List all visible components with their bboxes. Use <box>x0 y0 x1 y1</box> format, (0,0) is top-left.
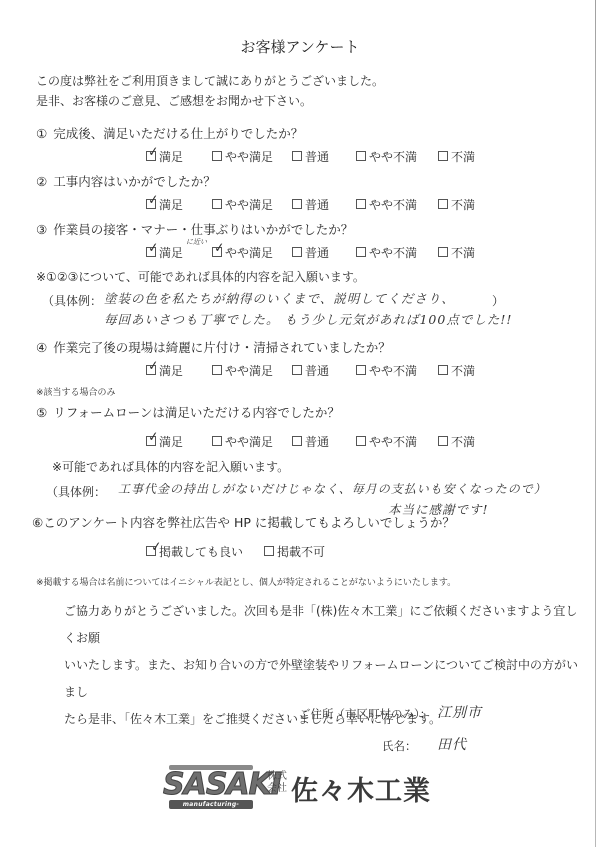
remark-5-prompt: ※可能であれば具体的内容を記入願います。 <box>52 458 289 475</box>
publish-note: ※掲載する場合は名前についてはイニシャル表記とし、個人が特定されることがないよう… <box>36 575 456 588</box>
address-value[interactable]: 江別市 <box>437 702 482 722</box>
logo-company-name: 佐々木工業 <box>291 769 431 808</box>
remark-123-close-paren: ） <box>492 292 504 309</box>
check-mark-icon: ✓ <box>147 192 159 208</box>
logo-corp-type: 株式 会社 <box>267 771 289 795</box>
checkbox-checked[interactable]: ✓ <box>212 247 222 257</box>
checkbox[interactable] <box>292 151 302 161</box>
question-6-text: このアンケート内容を弊社広告や HP に掲載してもよろしいでしょうか？ <box>43 515 455 530</box>
option-label: やや不満 <box>369 246 417 260</box>
q4-option-futsu[interactable]: 普通 <box>292 362 329 379</box>
checkbox[interactable] <box>438 436 448 446</box>
remark-123-prompt: ※①②③について、可能であれば具体的内容を記入願います。 <box>36 268 365 285</box>
option-label: 掲載しても良い <box>159 545 243 559</box>
checkbox[interactable] <box>438 151 448 161</box>
q5-option-yaya-fuman[interactable]: やや不満 <box>356 433 417 450</box>
q5-option-fuman[interactable]: 不満 <box>438 433 475 450</box>
remark-123-label: （具体例： <box>42 292 102 309</box>
checkbox[interactable] <box>356 247 366 257</box>
remark-5-label: （具体例： <box>46 483 106 500</box>
checkbox[interactable] <box>212 365 222 375</box>
option-label: やや満足 <box>225 198 273 212</box>
checkbox[interactable] <box>356 436 366 446</box>
option-label: やや不満 <box>369 435 417 449</box>
question-1-text: 完成後、満足いただける仕上がりでしたか？ <box>53 126 303 141</box>
check-mark-icon: ✓ <box>147 429 159 445</box>
option-label: やや不満 <box>369 364 417 378</box>
option-label: やや満足 <box>225 246 273 260</box>
option-label: 不満 <box>451 198 475 212</box>
intro-line-2: 是非、お客様のご意見、ご感想をお聞かせ下さい。 <box>36 92 312 109</box>
q3-option-manzoku[interactable]: ✓満足 <box>146 244 183 261</box>
option-label: 満足 <box>159 364 183 378</box>
corp-type-line-2: 会社 <box>267 783 289 795</box>
q2-option-yaya-manzoku[interactable]: やや満足 <box>212 196 273 213</box>
question-3-text: 作業員の接客・マナー・仕事ぶりはいかがでしたか？ <box>53 222 353 237</box>
question-4-text: 作業完了後の現場は綺麗に片付け・清掃されていましたか？ <box>53 340 391 355</box>
q1-option-yaya-fuman[interactable]: やや不満 <box>356 148 417 165</box>
remark-123-answer-line-2[interactable]: 毎回あいさつも丁寧でした。 もう少し元気があれば100点でした!! <box>104 310 512 328</box>
question-3-number: ③ <box>36 222 47 237</box>
q3-option-fuman[interactable]: 不満 <box>438 244 475 261</box>
q2-option-manzoku[interactable]: ✓満足 <box>146 196 183 213</box>
question-5-text: リフォームローンは満足いただける内容でしたか？ <box>53 405 340 420</box>
name-label: 氏名： <box>382 738 417 754</box>
q1-option-futsu[interactable]: 普通 <box>292 148 329 165</box>
q2-option-fuman[interactable]: 不満 <box>438 196 475 213</box>
question-1-number: ① <box>36 126 47 141</box>
option-label: 普通 <box>305 435 329 449</box>
option-label: 普通 <box>305 246 329 260</box>
handwritten-annotation: に近い <box>186 237 207 247</box>
checkbox[interactable] <box>356 365 366 375</box>
check-mark-icon: ✓ <box>213 240 225 256</box>
checkbox[interactable] <box>212 199 222 209</box>
question-4: ④作業完了後の現場は綺麗に片付け・清掃されていましたか？ <box>36 338 391 356</box>
q4-option-fuman[interactable]: 不満 <box>438 362 475 379</box>
address-label: ご住所（市区町村のみ）： <box>299 706 431 722</box>
checkbox[interactable] <box>292 247 302 257</box>
name-value[interactable]: 田代 <box>437 734 467 754</box>
checkbox[interactable] <box>292 365 302 375</box>
option-label: 不満 <box>451 150 475 164</box>
check-mark-icon: ✓ <box>147 144 159 160</box>
intro-line-1: この度は弊社をご利用頂きまして誠にありがとうございました。 <box>36 72 384 89</box>
q3-option-yaya-manzoku[interactable]: ✓やや満足 <box>212 244 273 261</box>
applicable-note: ※該当する場合のみ <box>36 385 116 398</box>
question-2: ②工事内容はいかがでしたか？ <box>36 172 216 190</box>
checkbox[interactable] <box>212 151 222 161</box>
option-label: 満足 <box>159 198 183 212</box>
q1-option-yaya-manzoku[interactable]: やや満足 <box>212 148 273 165</box>
option-label: 満足 <box>159 435 183 449</box>
check-mark-icon: ✓ <box>147 240 159 256</box>
option-label: 不満 <box>451 246 475 260</box>
q6-option-publish-ng[interactable]: 掲載不可 <box>264 543 325 560</box>
q5-option-manzoku[interactable]: ✓満足 <box>146 433 183 450</box>
question-2-text: 工事内容はいかがでしたか？ <box>53 174 216 189</box>
checkbox-checked[interactable]: ✓ <box>146 546 156 556</box>
checkbox[interactable] <box>438 199 448 209</box>
option-label: やや不満 <box>369 150 417 164</box>
option-label: 掲載不可 <box>277 545 325 559</box>
option-label: やや満足 <box>225 150 273 164</box>
scan-edge-line <box>595 0 596 847</box>
option-label: 不満 <box>451 364 475 378</box>
checkbox[interactable] <box>438 365 448 375</box>
closing-line-1: ご協力ありがとうございました。次回も是非「(株)佐々木工業」にご依頼くださいます… <box>64 598 584 652</box>
checkbox-checked[interactable]: ✓ <box>146 151 156 161</box>
q5-option-futsu[interactable]: 普通 <box>292 433 329 450</box>
q2-option-futsu[interactable]: 普通 <box>292 196 329 213</box>
question-6: ⑥このアンケート内容を弊社広告や HP に掲載してもよろしいでしょうか？ <box>32 513 455 531</box>
company-logo: SASAKI manufacturing-industry 株式 会社 佐々木工… <box>163 765 443 815</box>
checkbox-checked[interactable]: ✓ <box>146 247 156 257</box>
q4-option-yaya-fuman[interactable]: やや不満 <box>356 362 417 379</box>
remark-123-answer-line-1[interactable]: 塗装の色を私たちが納得のいくまで、説明してくださり、 <box>104 289 455 307</box>
option-label: やや不満 <box>369 198 417 212</box>
question-4-number: ④ <box>36 340 47 355</box>
checkbox[interactable] <box>264 546 274 556</box>
option-label: 普通 <box>305 150 329 164</box>
checkbox[interactable] <box>438 247 448 257</box>
option-label: 不満 <box>451 435 475 449</box>
checkbox[interactable] <box>292 199 302 209</box>
q1-option-fuman[interactable]: 不満 <box>438 148 475 165</box>
q4-option-manzoku[interactable]: ✓満足 <box>146 362 183 379</box>
q2-option-yaya-fuman[interactable]: やや不満 <box>356 196 417 213</box>
checkbox[interactable] <box>292 436 302 446</box>
question-6-number: ⑥ <box>32 515 43 530</box>
checkbox-checked[interactable]: ✓ <box>146 436 156 446</box>
question-5: ⑤リフォームローンは満足いただける内容でしたか？ <box>36 403 340 421</box>
question-2-number: ② <box>36 174 47 189</box>
checkbox[interactable] <box>356 199 366 209</box>
q6-option-publish-ok[interactable]: ✓掲載しても良い <box>146 543 243 560</box>
option-label: 満足 <box>159 150 183 164</box>
check-mark-icon: ✓ <box>147 358 159 374</box>
closing-line-2: いいたします。また、お知り合いの方で外壁塗装やリフォームローンについてご検討中の… <box>64 652 584 706</box>
logo-mark-subtext: manufacturing-industry <box>169 800 253 809</box>
checkbox-checked[interactable]: ✓ <box>146 199 156 209</box>
checkbox[interactable] <box>212 436 222 446</box>
option-label: 満足 <box>159 246 183 260</box>
check-mark-icon: ✓ <box>150 539 162 555</box>
logo-mark-text: SASAKI <box>163 767 281 802</box>
q4-option-yaya-manzoku[interactable]: やや満足 <box>212 362 273 379</box>
corp-type-line-1: 株式 <box>267 771 289 783</box>
sasaki-logo-mark: SASAKI manufacturing-industry <box>163 765 259 811</box>
question-1: ①完成後、満足いただける仕上がりでしたか？ <box>36 124 303 142</box>
option-label: 普通 <box>305 198 329 212</box>
question-3: ③作業員の接客・マナー・仕事ぶりはいかがでしたか？ <box>36 220 353 238</box>
q5-option-yaya-manzoku[interactable]: やや満足 <box>212 433 273 450</box>
page-title: お客様アンケート <box>0 36 600 57</box>
question-5-number: ⑤ <box>36 405 47 420</box>
checkbox[interactable] <box>356 151 366 161</box>
q3-option-futsu[interactable]: 普通 <box>292 244 329 261</box>
option-label: 普通 <box>305 364 329 378</box>
q3-option-yaya-fuman[interactable]: やや不満 <box>356 244 417 261</box>
checkbox-checked[interactable]: ✓ <box>146 365 156 375</box>
option-label: やや満足 <box>225 435 273 449</box>
q1-option-manzoku[interactable]: ✓満足 <box>146 148 183 165</box>
option-label: やや満足 <box>225 364 273 378</box>
remark-5-answer-line-1[interactable]: 工事代金の持出しがないだけじゃなく、毎月の支払いも安くなったので） <box>118 480 547 497</box>
